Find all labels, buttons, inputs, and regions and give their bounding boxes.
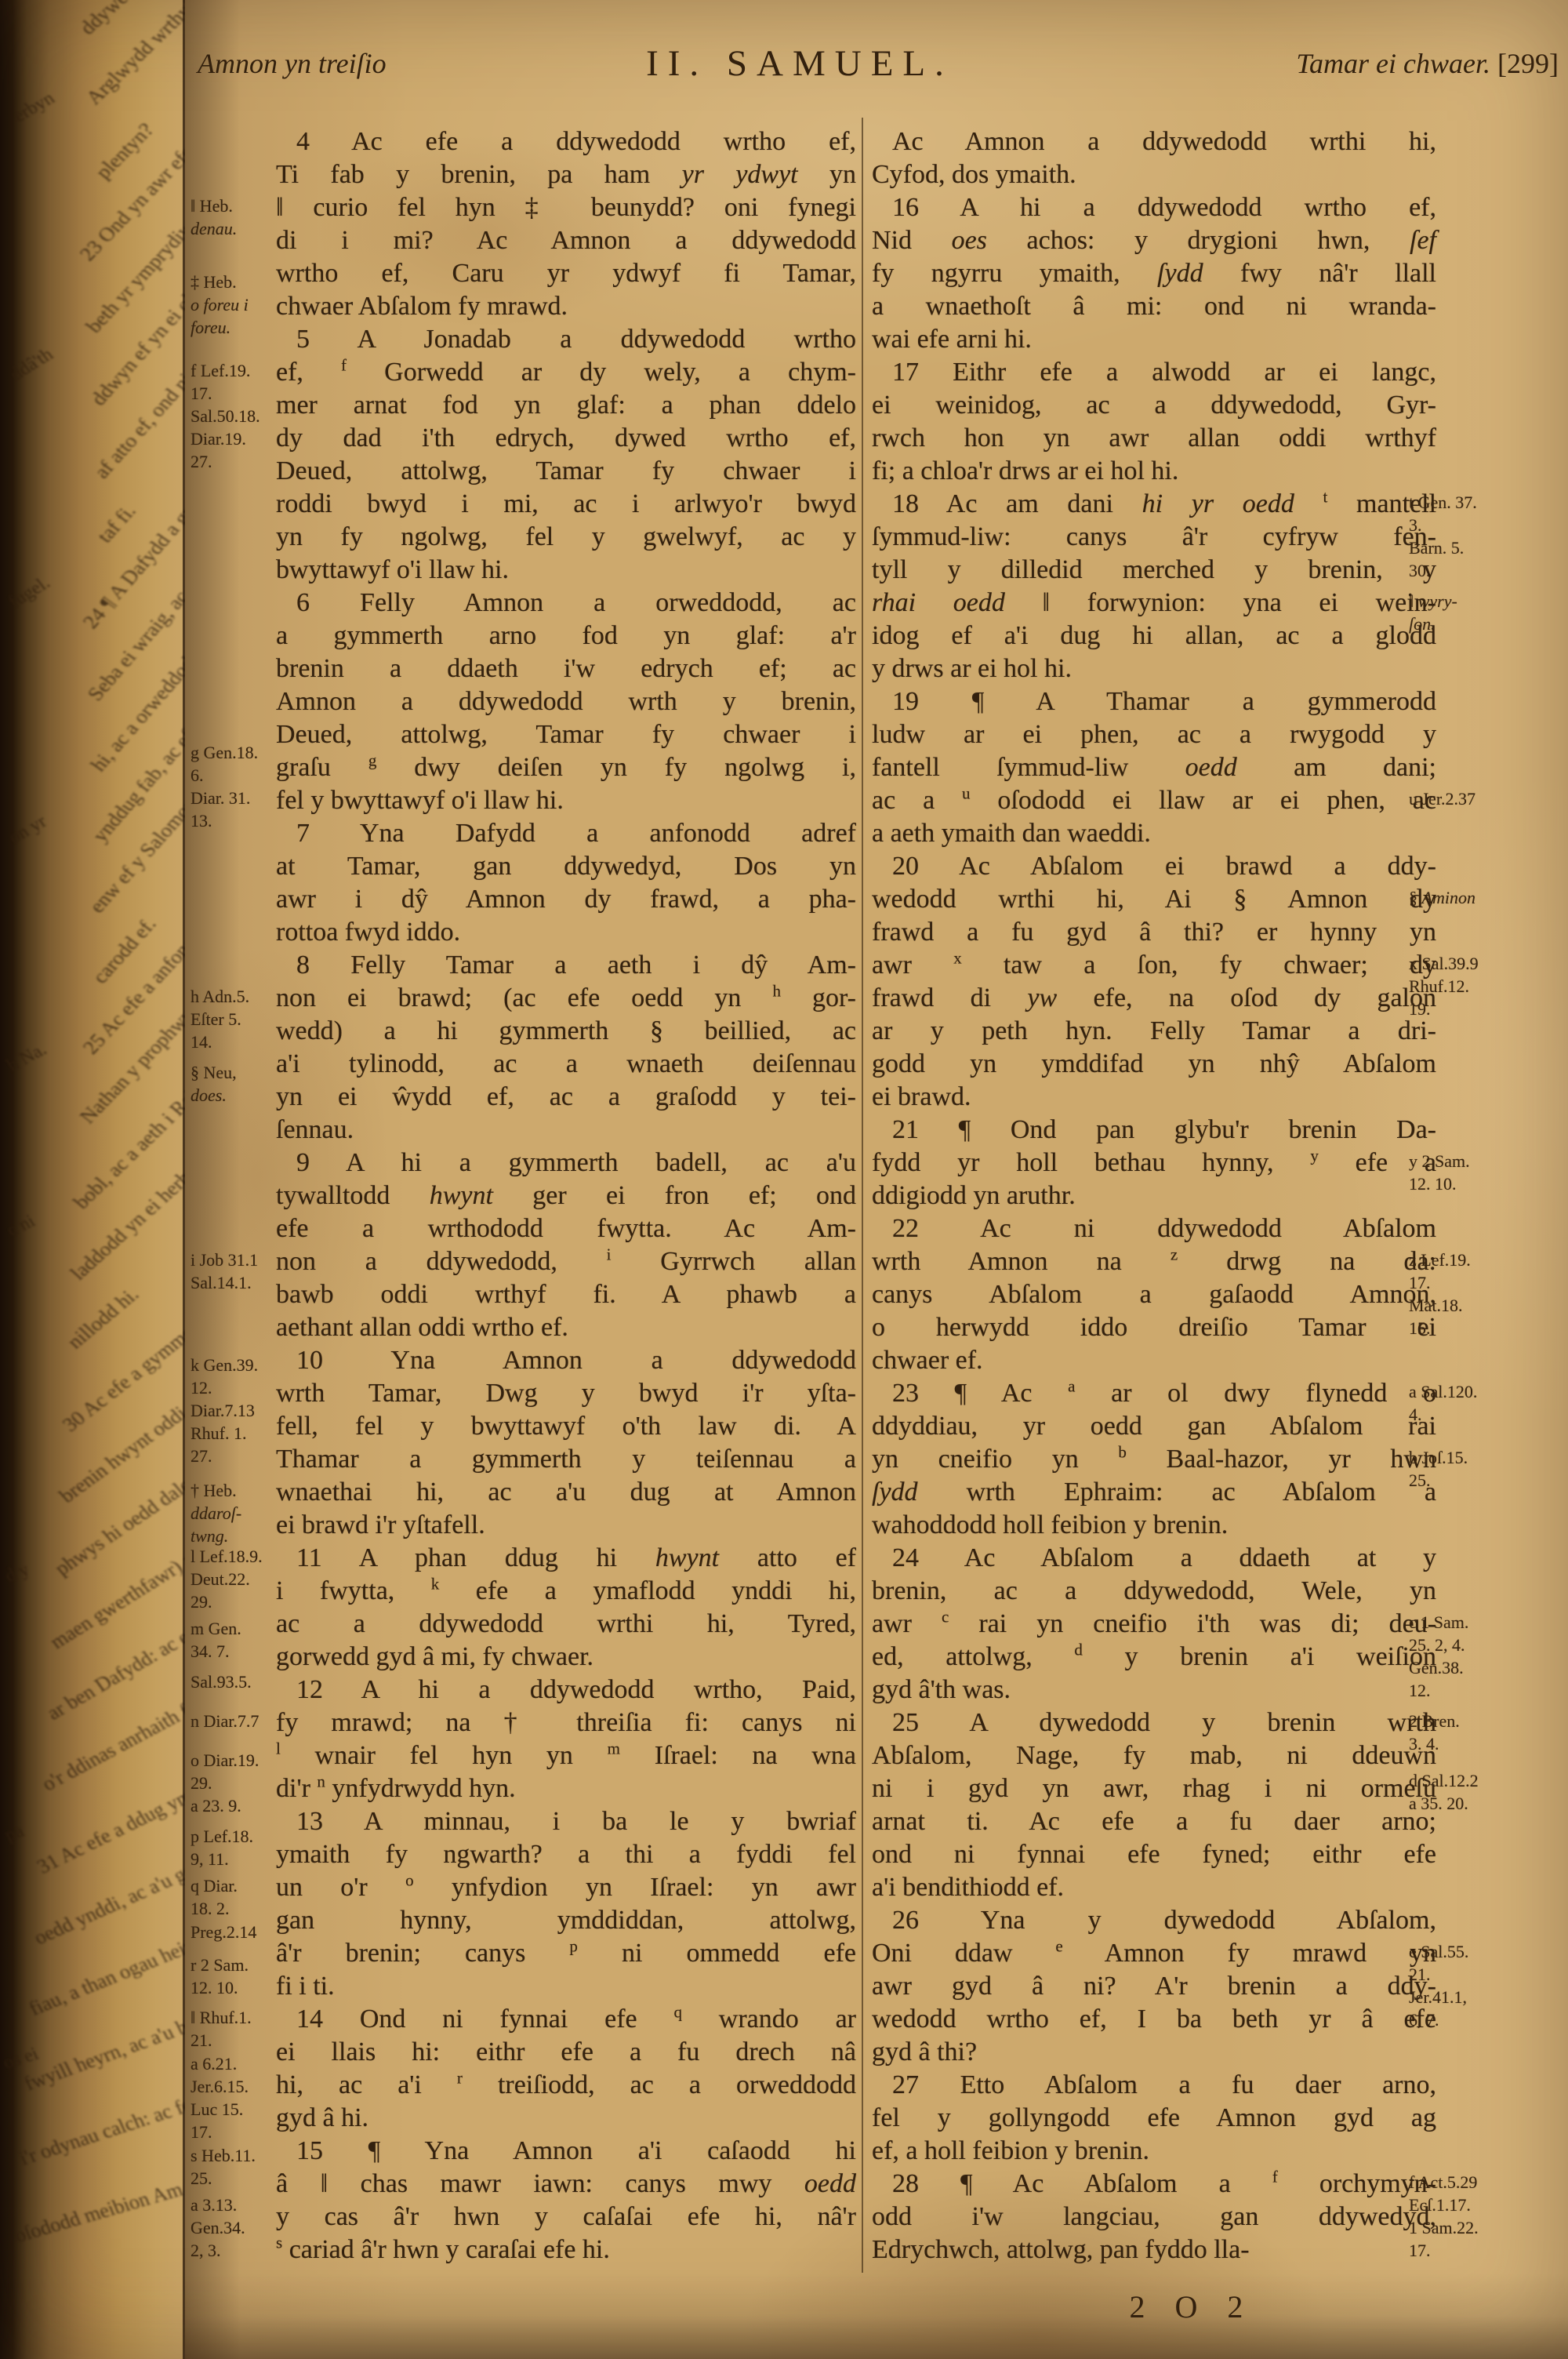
verse-19-line: 19 ¶ A Thamar a gymmerodd <box>872 685 1436 718</box>
verse-20-line: frawd di yw efe, na oſod dy galon <box>872 982 1436 1015</box>
margin-note: § Aminon <box>1409 886 1475 909</box>
margin-note-line: 27. <box>191 450 260 473</box>
margin-note-line: ſon. <box>1409 612 1457 635</box>
margin-note-line: 17. <box>1409 1271 1471 1294</box>
reference-key: a <box>1068 1377 1075 1396</box>
margin-note-line: o Diar.19. <box>191 1749 259 1772</box>
margin-note-line: k Gen.39. <box>191 1354 258 1376</box>
verse-18-line: ſymmud-liw: canys â'r cyfryw fen- <box>872 521 1436 554</box>
gutter-text-fragment: nillodd hi. <box>63 1283 144 1354</box>
margin-note-line: f Lef.19. <box>191 359 260 382</box>
margin-note-line: l Lef.18.9. <box>191 1545 263 1568</box>
gutter-text-fragment: erbyn <box>9 89 59 127</box>
verse-5-line: Deued, attolwg, Tamar fy chwaer i <box>276 455 856 488</box>
margin-note: § Neu,does. <box>191 1061 237 1107</box>
margin-note: Preg.2.14 <box>191 1921 256 1943</box>
margin-note-line: 27. <box>191 1445 258 1467</box>
verse-4-line: di i mi? Ac Amnon a ddywedodd <box>276 224 856 257</box>
verse-9-line: tywalltodd hwynt ger ei fron ef; ond <box>276 1179 856 1212</box>
verse-23-line: ſydd wrth Ephraim: ac Abſalom a <box>872 1476 1436 1509</box>
margin-note-line: § Aminon <box>1409 886 1475 909</box>
margin-note-line: § Neu, <box>191 1061 237 1084</box>
margin-note-line: 3. 4. <box>1409 1732 1460 1755</box>
verse-27-line: 27 Etto Abſalom a fu daer arno, <box>872 2069 1436 2102</box>
verse-28-line: Edrychwch, attolwg, pan fyddo lla- <box>872 2234 1436 2266</box>
text-column-left: 4 Ac efe a ddywedodd wrtho ef,Ti fab y b… <box>276 125 856 2266</box>
verse-23-line: wahoddodd holl feibion y brenin. <box>872 1509 1436 1542</box>
verse-22-line: 22 Ac ni ddywedodd Abſalom <box>872 1212 1436 1245</box>
verse-20-line: frawd a fu gyd â thi? er hynny yn <box>872 916 1436 949</box>
margin-note-line: Sal.93.5. <box>191 1670 252 1693</box>
margin-note-line: Diar.19. <box>191 427 260 450</box>
gutter-text-fragment: taf fi. <box>93 500 141 547</box>
margin-note-line: 19. <box>1409 998 1479 1020</box>
margin-note-line: 12. 10. <box>191 1976 249 1999</box>
verse-13-line: ymaith fy ngwarth? a thi a fyddi fel <box>276 1838 856 1871</box>
verse-17-line: 17 Eithr efe a alwodd ar ei langc, <box>872 356 1436 389</box>
margin-note-line: 1 Sam.22. <box>1409 2216 1479 2239</box>
margin-note: e Sal.55.21.Jer.41.1,6, 7. <box>1409 1940 1468 2031</box>
verse-23-line: 23 ¶ Ac a ar ol dwy flynedd o <box>872 1377 1436 1410</box>
margin-note-line: 4. <box>1409 1403 1477 1426</box>
margin-note-line: ‡ Heb. <box>191 271 249 293</box>
margin-note-line: g Gen.18. <box>191 741 258 764</box>
reference-key: u <box>962 784 971 803</box>
verse-19-line: ludw ar ei phen, ac a rwygodd y <box>872 718 1436 751</box>
verse-27-line: ef, a holl feibion y brenin. <box>872 2135 1436 2168</box>
margin-note-line: 25. <box>191 2167 256 2190</box>
verse-8-line: non ei brawd; (ac efe oedd yn h gor- <box>276 982 856 1015</box>
margin-note-line: a 3.13. <box>191 2194 245 2216</box>
margin-note-line: d Sal.12.2 <box>1409 1769 1479 1792</box>
margin-note-line: x Sal.39.9 <box>1409 952 1479 975</box>
verse-18-line: tyll y dilledid merched y brenin, y <box>872 554 1436 587</box>
verse-26-line: wedodd wrtho ef, I ba beth yr â efe <box>872 2003 1436 2036</box>
verse-25-line: Abſalom, Nage, fy mab, ni ddeuwn <box>872 1739 1436 1772</box>
verse-13-line: gan hynny, ymddiddan, attolwg, <box>276 1904 856 1937</box>
verse-12-line: 12 A hi a ddywedodd wrtho, Paid, <box>276 1674 856 1707</box>
gutter-text-fragment: oſododd meibion Am <box>11 2178 185 2248</box>
verse-15b-line: Cyfod, dos ymaith. <box>872 158 1436 191</box>
margin-note-line: ‖ wyry- <box>1409 590 1457 612</box>
verse-6-line: Deued, attolwg, Tamar fy chwaer i <box>276 718 856 751</box>
margin-note-line: Luc 15. <box>191 2098 249 2121</box>
margin-notes-left: ‖ Heb.denau.‡ Heb.o foreu iforeu.f Lef.1… <box>191 0 274 2359</box>
verse-25-line: a'i bendithiodd ef. <box>872 1871 1436 1904</box>
gutter-text-fragment: ddâ'th <box>6 344 58 385</box>
verse-17-line: fi; a chloa'r drws ar ei hol hi. <box>872 455 1436 488</box>
margin-note-line: 34. 7. <box>191 1640 241 1663</box>
margin-note-line: 9, 11. <box>191 1848 253 1870</box>
verse-10-line: 10 Yna Amnon a ddywedodd <box>276 1344 856 1377</box>
verse-22-line: wrth Amnon na z drwg na da: <box>872 1245 1436 1278</box>
verse-18-line: y drws ar ei hol hi. <box>872 652 1436 685</box>
verse-25-line: arnat ti. Ac efe a fu daer arno; <box>872 1805 1436 1838</box>
margin-note: ‖ Rhuf.1.21. <box>191 2006 252 2052</box>
verse-10-line: wrth Tamar, Dwg y bwyd i'r yſta- <box>276 1377 856 1410</box>
verse-14-line: ei llais hi: eithr efe a fu drech nâ <box>276 2036 856 2069</box>
verse-15b-line: Ac Amnon a ddywedodd wrthi hi, <box>872 125 1436 158</box>
verse-14-line: gyd â hi. <box>276 2102 856 2135</box>
signature-mark: 2 O 2 <box>1086 2288 1298 2325</box>
verse-8-line: wedd) a hi gymmerth § beillied, ac <box>276 1015 856 1048</box>
margin-note-line: f Act.5.29 <box>1409 2171 1479 2194</box>
margin-note: i Job 31.1Sal.14.1. <box>191 1249 258 1294</box>
verse-11-line: gorwedd gyd â mi, fy chwaer. <box>276 1641 856 1674</box>
margin-note-line: Ecſ.1.17. <box>1409 2194 1479 2216</box>
margin-note-line: 30. <box>1409 559 1477 582</box>
verse-12-line: fy mrawd; na † threiſia fi: canys ni <box>276 1707 856 1739</box>
verse-20-line: awr x taw a ſon, fy chwaer; dy <box>872 949 1436 982</box>
verse-23-line: yn cneifio yn b Baal-hazor, yr hwn <box>872 1443 1436 1476</box>
margin-note: k Gen.39.12.Diar.7.13Rhuf. 1.27. <box>191 1354 258 1467</box>
verse-26-line: 26 Yna y dywedodd Abſalom, <box>872 1904 1436 1937</box>
verse-16-line: Nid oes achos: y drygioni hwn, ſef <box>872 224 1436 257</box>
gutter-text-fragment: pa <box>2 1821 27 1846</box>
verse-9-line: efe a wrthododd fwytta. Ac Am- <box>276 1212 856 1245</box>
margin-note-line: ‖ Rhuf.1. <box>191 2006 252 2029</box>
verse-10-line: Thamar a gymmerth y teiſennau a <box>276 1443 856 1476</box>
margin-note-line: 2 Bren. <box>1409 1710 1460 1732</box>
margin-note-line: Deut.22. <box>191 1568 263 1590</box>
verse-17-line: ei weinidog, ac a ddywedodd, Gyr- <box>872 389 1436 422</box>
margin-note-line: Gen.38. <box>1409 1656 1468 1679</box>
verse-9-line: bawb oddi wrthyf fi. A phawb a <box>276 1278 856 1311</box>
verse-5-line: mer arnat fod yn glaf: a phan ddelo <box>276 389 856 422</box>
margin-note-line: a 35. 20. <box>1409 1792 1479 1815</box>
margin-note: t Gen. 37.3.Barn. 5.30. <box>1409 491 1477 582</box>
margin-note-line: s Heb.11. <box>191 2144 256 2167</box>
verse-15-line: y cas â'r hwn y caſaſai efe hi, nâ'r <box>276 2201 856 2234</box>
verse-6-line: brenin a ddaeth i'w edrych ef; ac <box>276 652 856 685</box>
margin-note: ‡ Heb.o foreu iforeu. <box>191 271 249 339</box>
margin-note-line: h Adn.5. <box>191 985 249 1008</box>
verse-18-line: 18 Ac am dani hi yr oedd t mantell <box>872 488 1436 521</box>
verse-8-line: yn ei ŵydd ef, ac a graſodd y tei- <box>276 1081 856 1114</box>
margin-note: h Adn.5.Eſter 5.14. <box>191 985 249 1053</box>
margin-note: m Gen.34. 7. <box>191 1617 241 1663</box>
verse-15-line: s cariad â'r hwn y caraſai efe hi. <box>276 2234 856 2266</box>
verse-20-line: ar y peth hyn. Felly Tamar a dri- <box>872 1015 1436 1048</box>
verse-8-line: ſennau. <box>276 1114 856 1147</box>
verse-13-line: fi i ti. <box>276 1970 856 2003</box>
gutter-text-fragment: c ni <box>3 1212 39 1242</box>
verse-11-line: ac a ddywedodd wrthi hi, Tyred, <box>276 1608 856 1641</box>
verse-12-line: di'r n ynfydrwydd hyn. <box>276 1772 856 1805</box>
margin-note-line: Diar.7.13 <box>191 1399 258 1422</box>
margin-note-line: Preg.2.14 <box>191 1921 256 1943</box>
margin-note: y 2 Sam.12. 10. <box>1409 1150 1470 1195</box>
margin-note-line: o foreu i <box>191 293 249 316</box>
verse-21-line: ddigiodd yn aruthr. <box>872 1179 1436 1212</box>
margin-note: l Lef.18.9.Deut.22.29. <box>191 1545 263 1613</box>
reference-key: r <box>457 2069 463 2088</box>
reference-key: q <box>673 2003 682 2022</box>
reference-key: h <box>772 982 781 1001</box>
reference-key: t <box>1323 488 1328 507</box>
verse-4-line: Ti fab y brenin, pa ham yr ydwyt yn <box>276 158 856 191</box>
margin-note-line: c 1 Sam. <box>1409 1611 1468 1634</box>
verse-24-line: gyd â'th was. <box>872 1674 1436 1707</box>
reference-key: s <box>276 2234 282 2252</box>
gutter-text-fragment: on yr <box>5 812 51 849</box>
margin-note: † Heb.ddaroſ-twng. <box>191 1479 241 1547</box>
gutter-text-fragment: fugel. <box>5 573 55 613</box>
verse-13-line: 13 A minnau, i ba le y bwriaf <box>276 1805 856 1838</box>
verse-20-line: ei brawd. <box>872 1081 1436 1114</box>
margin-note-line: a Sal.120. <box>1409 1380 1477 1403</box>
margin-note: u Jer.2.37 <box>1409 787 1475 810</box>
verse-20-line: 20 Ac Abſalom ei brawd a ddy- <box>872 850 1436 883</box>
verse-26-line: gyd â thi? <box>872 2036 1436 2069</box>
margin-note-line: Jer.41.1, <box>1409 1986 1468 2008</box>
margin-note-line: n Diar.7.7 <box>191 1710 259 1732</box>
margin-note-line: a 6.21. <box>191 2052 249 2075</box>
margin-note: c 1 Sam.25. 2, 4.Gen.38.12. <box>1409 1611 1468 1702</box>
reference-key: i <box>607 1245 612 1264</box>
margin-note-line: ‖ Heb. <box>191 194 237 217</box>
verse-7-line: rottoa fwyd iddo. <box>276 916 856 949</box>
margin-note-line: Sal.14.1. <box>191 1271 258 1294</box>
verse-6-line: fel y bwyttawyf o'i llaw hi. <box>276 784 856 817</box>
margin-note: Sal.93.5. <box>191 1670 252 1693</box>
margin-note: z Lef.19.17.Mat.18.15. <box>1409 1249 1471 1339</box>
verse-9-line: 9 A hi a gymmerth badell, ac a'u <box>276 1147 856 1179</box>
reference-key: e <box>1055 1937 1062 1956</box>
verse-7-line: 7 Yna Dafydd a anfonodd adref <box>276 817 856 850</box>
verse-19-line: fantell ſymmud-liw oedd am dani; <box>872 751 1436 784</box>
verse-22-line: canys Abſalom a gaſaodd Amnon, <box>872 1278 1436 1311</box>
verse-21-line: 21 ¶ Ond pan glybu'r brenin Da- <box>872 1114 1436 1147</box>
verse-21-line: fydd yr holl bethau hynny, y efe a <box>872 1147 1436 1179</box>
margin-note-line: 15. <box>1409 1317 1471 1339</box>
margin-note-line: Barn. 5. <box>1409 536 1477 559</box>
margin-note: a Sal.120.4. <box>1409 1380 1477 1426</box>
margin-note-line: 17. <box>191 2121 249 2143</box>
margin-note-line: does. <box>191 1084 237 1107</box>
verse-14-line: 14 Ond ni fynnai efe q wrando ar <box>276 2003 856 2036</box>
margin-note: 2 Bren.3. 4. <box>1409 1710 1460 1755</box>
margin-note: s Heb.11.25. <box>191 2144 256 2190</box>
verse-13-line: un o'r o ynfydion yn Iſrael: yn awr <box>276 1871 856 1904</box>
verse-5-line: bwyttawyf o'i llaw hi. <box>276 554 856 587</box>
margin-note-line: q Diar. <box>191 1874 238 1897</box>
margin-note-line: † Heb. <box>191 1479 241 1502</box>
verse-7-line: at Tamar, gan ddywedyd, Dos yn <box>276 850 856 883</box>
margin-note-line: ddaroſ- <box>191 1502 241 1525</box>
margin-note-line: Gen.34. <box>191 2216 245 2239</box>
margin-note: b Joſ.15.25. <box>1409 1446 1468 1492</box>
margin-note-line: Rhuf.12. <box>1409 975 1479 998</box>
margin-note-line: 25. 2, 4. <box>1409 1634 1468 1656</box>
verse-26-line: awr gyd â ni? A'r brenin a ddy- <box>872 1970 1436 2003</box>
verse-18-line: rhai oedd ‖ forwynion: yna ei wein- <box>872 587 1436 620</box>
reference-key: l <box>276 1739 281 1758</box>
margin-note-line: Sal.50.18. <box>191 405 260 427</box>
margin-note-line: 29. <box>191 1772 259 1794</box>
margin-note-line: p Lef.18. <box>191 1825 253 1848</box>
verse-9-line: aethant allan oddi wrtho ef. <box>276 1311 856 1344</box>
margin-note-line: 2, 3. <box>191 2239 245 2262</box>
margin-note: ‖ Heb.denau. <box>191 194 237 240</box>
verse-5-line: dy dad i'th edrych, dywed wrtho ef, <box>276 422 856 455</box>
verse-22-line: o herwydd iddo dreiſio Tamar ei <box>872 1311 1436 1344</box>
gutter-text-fragment: h Na. <box>3 1040 51 1077</box>
verse-10-line: ei brawd i'r yſtafell. <box>276 1509 856 1542</box>
margin-note: g Gen.18.6.Diar. 31.13. <box>191 741 258 832</box>
verse-6-line: graſu g dwy deiſen yn fy ngolwg i, <box>276 751 856 784</box>
margin-note-line: twng. <box>191 1525 241 1547</box>
verse-15-line: â ‖ chas mawr iawn: canys mwy oedd <box>276 2168 856 2201</box>
verse-5-line: yn fy ngolwg, fel y gwelwyf, ac y <box>276 521 856 554</box>
margin-note-line: denau. <box>191 217 237 240</box>
reference-key: d <box>1074 1641 1083 1659</box>
verse-19-line: a aeth ymaith dan waeddi. <box>872 817 1436 850</box>
margin-note-line: 17. <box>1409 2239 1479 2262</box>
verse-15-line: 15 ¶ Yna Amnon a'i caſaodd hi <box>276 2135 856 2168</box>
verse-5-line: roddi bwyd i mi, ac i arlwyo'r bwyd <box>276 488 856 521</box>
margin-note-line: Diar. 31. <box>191 787 258 809</box>
margin-note: p Lef.18.9, 11. <box>191 1825 253 1870</box>
verse-20-line: godd yn ymddifad yn nhŷ Abſalom <box>872 1048 1436 1081</box>
reference-key: z <box>1171 1245 1178 1264</box>
margin-note-line: 6, 7. <box>1409 2008 1468 2031</box>
reference-key: y <box>1310 1147 1319 1165</box>
margin-note: ‖ wyry-ſon. <box>1409 590 1457 635</box>
margin-note-line: z Lef.19. <box>1409 1249 1471 1271</box>
verse-24-line: brenin, ac a ddywedodd, Wele, yn <box>872 1575 1436 1608</box>
margin-note-line: b Joſ.15. <box>1409 1446 1468 1469</box>
reference-key: b <box>1118 1443 1127 1462</box>
gutter-text-fragment: d y <box>2 1560 34 1587</box>
margin-note: f Act.5.29Ecſ.1.17.1 Sam.22.17. <box>1409 2171 1479 2262</box>
reference-key: m <box>608 1739 620 1758</box>
margin-note: f Lef.19.17.Sal.50.18.Diar.19.27. <box>191 359 260 473</box>
margin-note-line: 12. <box>191 1376 258 1399</box>
margin-note-line: 13. <box>191 809 258 832</box>
verse-4-line: wrtho ef, Caru yr ydwyf fi Tamar, <box>276 257 856 290</box>
reference-key: o <box>405 1871 414 1890</box>
margin-note-line: Rhuf. 1. <box>191 1422 258 1445</box>
verse-10-line: wnaethai hi, ac a'u dug at Amnon <box>276 1476 856 1509</box>
margin-note: a 6.21.Jer.6.15.Luc 15.17. <box>191 2052 249 2143</box>
margin-note-line: m Gen. <box>191 1617 241 1640</box>
verse-16-line: fy ngyrru ymaith, ſydd fwy nâ'r llall <box>872 257 1436 290</box>
margin-note-line: y 2 Sam. <box>1409 1150 1470 1172</box>
verse-20-line: wedodd wrthi hi, Ai § Amnon dy <box>872 883 1436 916</box>
margin-note-line: a 23. 9. <box>191 1794 259 1817</box>
verse-28-line: 28 ¶ Ac Abſalom a f orchymyn- <box>872 2168 1436 2201</box>
verse-5-line: 5 A Jonadab a ddywedodd wrtho <box>276 323 856 356</box>
book-photograph: ddywedais, Pwy a ŵyrArglwydd wrthyf, fe'… <box>0 0 1568 2359</box>
margin-note-line: t Gen. 37. <box>1409 491 1477 514</box>
verse-14-line: hi, ac a'i r treiſiodd, ac a orweddodd <box>276 2069 856 2102</box>
verse-24-line: 24 Ac Abſalom a ddaeth at y <box>872 1542 1436 1575</box>
verse-18-line: idog ef a'i dug hi allan, ac a glodd <box>872 620 1436 652</box>
margin-notes-right: t Gen. 37.3.Barn. 5.30.‖ wyry-ſon.u Jer.… <box>1409 0 1566 2359</box>
verse-6-line: 6 Felly Amnon a orweddodd, ac <box>276 587 856 620</box>
margin-note-line: Jer.6.15. <box>191 2075 249 2098</box>
verse-6-line: Amnon a ddywedodd wrth y brenin, <box>276 685 856 718</box>
verse-8-line: a'i tylinodd, ac a wnaeth deiſennau <box>276 1048 856 1081</box>
page-title: II. SAMUEL. <box>502 45 1098 82</box>
margin-note-line: i Job 31.1 <box>191 1249 258 1271</box>
verse-27-line: fel y gollyngodd efe Amnon gyd ag <box>872 2102 1436 2135</box>
verse-16-line: wai efe arni hi. <box>872 323 1436 356</box>
reference-key: c <box>942 1608 949 1627</box>
verse-19-line: ac a u oſododd ei llaw ar ei phen, ac <box>872 784 1436 817</box>
verse-4-line: 4 Ac efe a ddywedodd wrtho ef, <box>276 125 856 158</box>
margin-note-line: 6. <box>191 764 258 787</box>
verse-23-line: ddyddiau, yr oedd gan Abſalom rai <box>872 1410 1436 1443</box>
verse-13-line: â'r brenin; canys p ni ommedd efe <box>276 1937 856 1970</box>
margin-note-line: 25. <box>1409 1469 1468 1492</box>
margin-note-line: 12. <box>1409 1679 1468 1702</box>
verse-6-line: a gymmerth arno fod yn glaf: a'r <box>276 620 856 652</box>
margin-note: a 3.13.Gen.34.2, 3. <box>191 2194 245 2262</box>
verse-16-line: a wnaethoſt â mi: ond ni wranda- <box>872 290 1436 323</box>
reference-key: f <box>1272 2168 1278 2186</box>
verse-25-line: 25 A dywedodd y brenin wrth <box>872 1707 1436 1739</box>
verse-16-line: 16 A hi a ddywedodd wrtho ef, <box>872 191 1436 224</box>
verse-11-line: i fwytta, k efe a ymaflodd ynddi hi, <box>276 1575 856 1608</box>
margin-note-line: r 2 Sam. <box>191 1954 249 1976</box>
verse-10-line: fell, fel y bwyttawyf o'th law di. A <box>276 1410 856 1443</box>
verse-7-line: awr i dŷ Amnon dy frawd, a pha- <box>276 883 856 916</box>
reference-key: x <box>953 949 962 968</box>
verse-24-line: ed, attolwg, d y brenin a'i weiſion <box>872 1641 1436 1674</box>
verse-26-line: Oni ddaw e Amnon fy mrawd yn <box>872 1937 1436 1970</box>
verse-11-line: 11 A phan ddug hi hwynt atto ef <box>276 1542 856 1575</box>
margin-note-line: 17. <box>191 382 260 405</box>
margin-note-line: Mat.18. <box>1409 1294 1471 1317</box>
margin-note-line: 18. 2. <box>191 1897 238 1920</box>
margin-note: x Sal.39.9Rhuf.12.19. <box>1409 952 1479 1020</box>
verse-28-line: odd i'w langciau, gan ddywedyd, <box>872 2201 1436 2234</box>
verse-22-line: chwaer ef. <box>872 1344 1436 1377</box>
margin-note-line: 12. 10. <box>1409 1172 1470 1195</box>
reference-key: p <box>569 1937 578 1956</box>
gutter-previous-page: ddywedais, Pwy a ŵyrArglwydd wrthyf, fe'… <box>0 0 185 2359</box>
verse-17-line: rwch hon yn awr allan oddi wrthyf <box>872 422 1436 455</box>
verse-4-line: ‖ curio fel hyn ‡ beunydd? oni fynegi <box>276 191 856 224</box>
margin-note-line: 14. <box>191 1030 249 1053</box>
verse-5-line: ef, f Gorwedd ar dy wely, a chym- <box>276 356 856 389</box>
column-divider-rule <box>862 118 863 2273</box>
verse-25-line: ond ni fynnai efe fyned; eithr efe <box>872 1838 1436 1871</box>
margin-note: d Sal.12.2a 35. 20. <box>1409 1769 1479 1815</box>
verse-8-line: 8 Felly Tamar a aeth i dŷ Am- <box>276 949 856 982</box>
reference-key: k <box>431 1575 440 1594</box>
verse-9-line: non a ddywedodd, i Gyrrwch allan <box>276 1245 856 1278</box>
margin-note-line: 21. <box>191 2029 252 2052</box>
margin-note-line: 21. <box>1409 1963 1468 1986</box>
margin-note-line: e Sal.55. <box>1409 1940 1468 1963</box>
text-column-right: Ac Amnon a ddywedodd wrthi hi,Cyfod, dos… <box>872 125 1436 2266</box>
margin-note-line: 3. <box>1409 514 1477 536</box>
verse-24-line: awr c rai yn cneifio i'th was di; deu- <box>872 1608 1436 1641</box>
margin-note: r 2 Sam.12. 10. <box>191 1954 249 1999</box>
margin-note-line: foreu. <box>191 316 249 339</box>
margin-note-line: 29. <box>191 1590 263 1613</box>
reference-key: n <box>317 1772 325 1791</box>
verse-12-line: l wnair fel hyn yn m Iſrael: na wna <box>276 1739 856 1772</box>
margin-note: q Diar.18. 2. <box>191 1874 238 1920</box>
margin-note: o Diar.19.29.a 23. 9. <box>191 1749 259 1817</box>
margin-note-line: u Jer.2.37 <box>1409 787 1475 810</box>
reference-key: f <box>341 356 347 375</box>
verse-25-line: ni i gyd yn awr, rhag i ni ormeſu <box>872 1772 1436 1805</box>
